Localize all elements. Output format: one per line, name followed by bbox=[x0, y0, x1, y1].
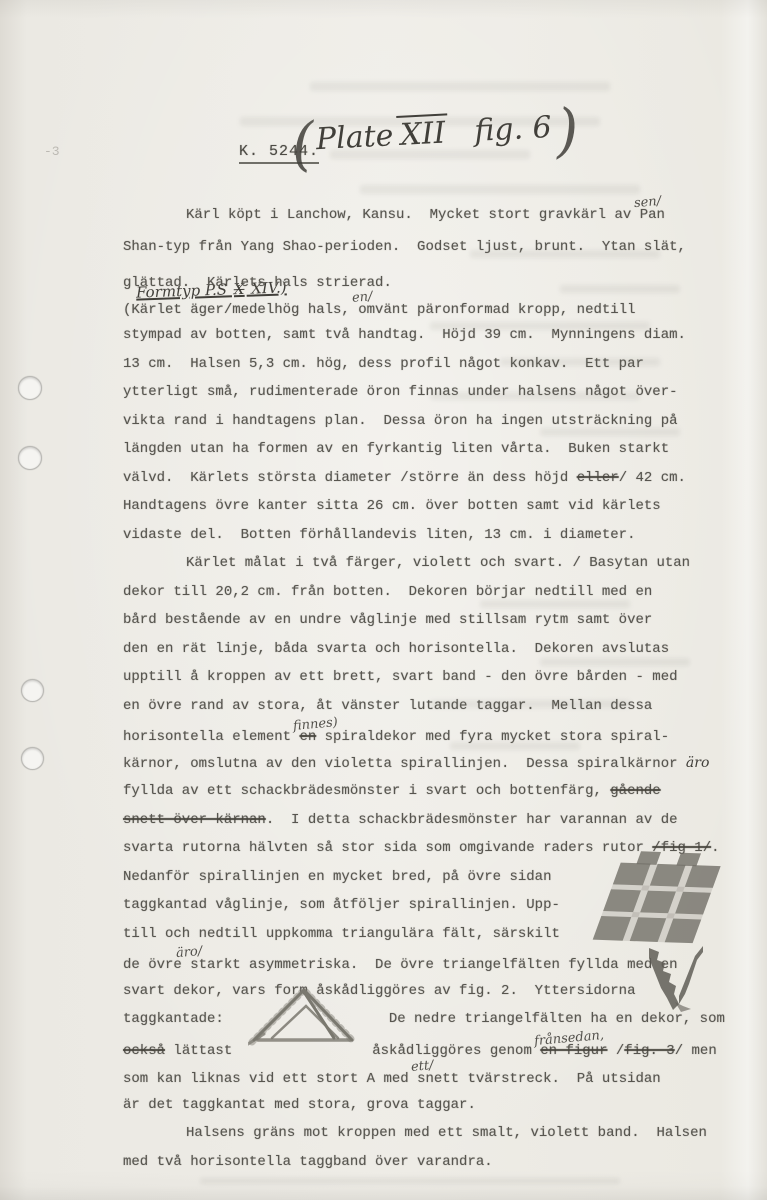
struck-text: fig. 3 bbox=[624, 1043, 674, 1059]
text-line: Kärlet målat i två färger, violett och s… bbox=[186, 555, 690, 571]
typed-text: fyllda av ett schackbrädesmönster i svar… bbox=[123, 783, 610, 799]
text-line: svart dekor, vars form åskådliggöres av … bbox=[123, 983, 635, 999]
text-line: också lättaståskådliggöres genom frånsed… bbox=[123, 1040, 717, 1059]
plate-numeral: XII bbox=[396, 113, 449, 153]
text-line: Kärl köpt i Lanchow, Kansu. Mycket stort… bbox=[186, 204, 665, 223]
text-line: upptill å kroppen av ett brett, svart ba… bbox=[123, 669, 678, 685]
text-line: fyllda av ett schackbrädesmönster i svar… bbox=[123, 783, 661, 799]
typed-text: omvänt päronformad kropp, nedtill bbox=[358, 302, 635, 318]
typed-text: är det taggkantat med stora, grova tagga… bbox=[123, 1097, 476, 1113]
handwritten-insertion-text: ett/ bbox=[410, 1058, 434, 1075]
typed-text: till och nedtill uppkomma triangulära fä… bbox=[123, 926, 560, 942]
text-line: till och nedtill uppkomma triangulära fä… bbox=[123, 926, 560, 942]
text-line: de övreäro/ starkt asymmetriska. De övre… bbox=[123, 954, 678, 973]
typed-text: svarta rutorna hälvten så stor sida som … bbox=[123, 840, 652, 856]
bleed-through-mark bbox=[360, 185, 640, 194]
typed-text: / 42 cm. bbox=[619, 470, 686, 486]
typed-text: vikta rand i handtagens plan. Dessa öron… bbox=[123, 413, 678, 429]
typed-text: åskådliggöres genom bbox=[372, 1043, 540, 1059]
text-line: 13 cm. Halsen 5,3 cm. hög, dess profil n… bbox=[123, 356, 644, 372]
text-line: glättad. Kärlets hals strierad. bbox=[123, 275, 392, 291]
text-line: med två horisontella taggband över varan… bbox=[123, 1154, 493, 1170]
text-line: stympad av botten, samt två handtag. Höj… bbox=[123, 327, 686, 343]
text-line: Nedanför spirallinjen en mycket bred, på… bbox=[123, 869, 551, 885]
text-line: kärnor, omslutna av den violetta spirall… bbox=[123, 755, 709, 772]
typed-text: spiraldekor med fyra mycket stora spiral… bbox=[316, 729, 669, 745]
plate-paren-open-mark: ( bbox=[290, 109, 316, 178]
typed-text: den en rät linje, båda svarta och horiso… bbox=[123, 641, 669, 657]
bleed-through-mark bbox=[310, 82, 610, 91]
checkerboard-sketch bbox=[590, 850, 730, 950]
text-line: Handtagens övre kanter sitta 26 cm. över… bbox=[123, 498, 661, 514]
text-line: en övre rand av stora, åt vänster lutand… bbox=[123, 698, 652, 714]
text-line: som kan liknas vid ett stort A med ett/s… bbox=[123, 1068, 661, 1087]
bleed-through-mark bbox=[480, 600, 630, 608]
typed-text: vidaste del. Botten förhållandevis liten… bbox=[123, 527, 635, 543]
punch-hole bbox=[18, 376, 42, 400]
typed-text: ytterligt små, rudimenterade öron finnas… bbox=[123, 384, 678, 400]
typed-text: Handtagens övre kanter sitta 26 cm. över… bbox=[123, 498, 661, 514]
typed-text: stympad av botten, samt två handtag. Höj… bbox=[123, 327, 686, 343]
text-line: dekor till 20,2 cm. från botten. Dekoren… bbox=[123, 584, 652, 600]
typed-text: som kan liknas vid ett stort A med bbox=[123, 1071, 417, 1087]
text-line: den en rät linje, båda svarta och horiso… bbox=[123, 641, 669, 657]
plate-word: Plate bbox=[315, 118, 394, 157]
typed-text: De nedre triangelfälten ha en dekor, som bbox=[389, 1011, 725, 1027]
bleed-through-mark bbox=[540, 428, 680, 436]
typed-text: Nedanför spirallinjen en mycket bred, på… bbox=[123, 869, 551, 885]
typed-text: välvd. Kärlets största diameter /större … bbox=[123, 470, 577, 486]
typed-text: . I detta schackbrädesmönster har varann… bbox=[266, 812, 678, 828]
text-line: välvd. Kärlets största diameter /större … bbox=[123, 470, 686, 486]
text-line: ytterligt små, rudimenterade öron finnas… bbox=[123, 384, 678, 400]
typed-text: Halsens gräns mot kroppen med ett smalt,… bbox=[186, 1125, 707, 1141]
text-line: vikta rand i handtagens plan. Dessa öron… bbox=[123, 413, 678, 429]
text-line: vidaste del. Botten förhållandevis liten… bbox=[123, 527, 635, 543]
typed-text: snett tvärstreck. På utsidan bbox=[417, 1071, 661, 1087]
document-page: -3 K. 5244. (PlateXIIfig. 6) Formtyp P.S… bbox=[0, 0, 767, 1200]
typed-text: taggkantad våglinje, som åtföljer spiral… bbox=[123, 897, 560, 913]
struck-text: eller bbox=[577, 470, 619, 486]
bleed-through-mark bbox=[540, 658, 690, 666]
typed-text: bård bestående av en undre våglinje med … bbox=[123, 612, 652, 628]
typed-text: (Kärlet äger/medelhög hals, bbox=[123, 302, 358, 318]
text-line: snett över kärnan. I detta schackbrädesm… bbox=[123, 812, 678, 828]
typed-text: starkt asymmetriska. De övre triangelfäl… bbox=[182, 957, 678, 973]
typed-text: Kärl köpt i Lanchow, Kansu. Mycket stort… bbox=[186, 207, 640, 223]
text-line: bård bestående av en undre våglinje med … bbox=[123, 612, 652, 628]
punch-hole bbox=[21, 679, 44, 702]
handwritten-insertion-text: sen/ bbox=[633, 194, 661, 211]
serrated-triangle-sketch bbox=[248, 984, 360, 1046]
typed-text: glättad. Kärlets hals strierad. bbox=[123, 275, 392, 291]
text-line: Shan-typ från Yang Shao-perioden. Godset… bbox=[123, 239, 686, 255]
handwritten-note: äro bbox=[686, 755, 709, 771]
typed-text: de övre bbox=[123, 957, 182, 973]
spiky-v-sketch bbox=[645, 946, 707, 1012]
typed-text: med två horisontella taggband över varan… bbox=[123, 1154, 493, 1170]
typed-text: taggkantade: bbox=[123, 1011, 224, 1027]
typed-text: längden utan ha formen av en fyrkantig l… bbox=[123, 441, 669, 457]
typed-text: dekor till 20,2 cm. från botten. Dekoren… bbox=[123, 584, 652, 600]
typed-text: svart dekor, vars form åskådliggöres av … bbox=[123, 983, 635, 999]
typed-text: lättast bbox=[165, 1043, 232, 1059]
punch-hole bbox=[21, 747, 44, 770]
text-line: horisontella element finnes)en spiraldek… bbox=[123, 726, 669, 745]
struck-text: gående bbox=[610, 783, 660, 799]
text-line: (Kärlet äger/medelhög hals, en/omvänt pä… bbox=[123, 299, 636, 318]
plate-paren-close-mark: ) bbox=[554, 96, 580, 165]
struck-text: snett över kärnan bbox=[123, 812, 266, 828]
typed-text: kärnor, omslutna av den violetta spirall… bbox=[123, 756, 686, 772]
plate-annotation: (PlateXIIfig. 6) bbox=[290, 109, 580, 190]
typed-text: horisontella element bbox=[123, 729, 299, 745]
handwritten-insertion-text: äro/ bbox=[175, 944, 202, 961]
text-line: taggkantad våglinje, som åtföljer spiral… bbox=[123, 897, 560, 913]
bleed-through-mark bbox=[560, 285, 680, 293]
typed-text: Kärlet målat i två färger, violett och s… bbox=[186, 555, 690, 571]
typed-text: en övre rand av stora, åt vänster lutand… bbox=[123, 698, 652, 714]
text-line: längden utan ha formen av en fyrkantig l… bbox=[123, 441, 669, 457]
typed-text: Shan-typ från Yang Shao-perioden. Godset… bbox=[123, 239, 686, 255]
bleed-through-mark bbox=[200, 1178, 620, 1184]
text-line: är det taggkantat med stora, grova tagga… bbox=[123, 1097, 476, 1113]
typed-text: / men bbox=[675, 1043, 717, 1059]
spacer bbox=[232, 1053, 372, 1054]
struck-text: också bbox=[123, 1043, 165, 1059]
typed-text: upptill å kroppen av ett brett, svart ba… bbox=[123, 669, 678, 685]
typed-text: 13 cm. Halsen 5,3 cm. hög, dess profil n… bbox=[123, 356, 644, 372]
punch-hole bbox=[18, 446, 42, 470]
text-line: taggkantade:De nedre triangelfälten ha e… bbox=[123, 1011, 725, 1027]
typed-text: / bbox=[607, 1043, 624, 1059]
margin-page-mark: -3 bbox=[44, 144, 60, 159]
handwritten-insertion-text: en/ bbox=[352, 289, 374, 306]
text-line: Halsens gräns mot kroppen med ett smalt,… bbox=[186, 1125, 707, 1141]
plate-figure-ref: fig. 6 bbox=[473, 110, 552, 149]
